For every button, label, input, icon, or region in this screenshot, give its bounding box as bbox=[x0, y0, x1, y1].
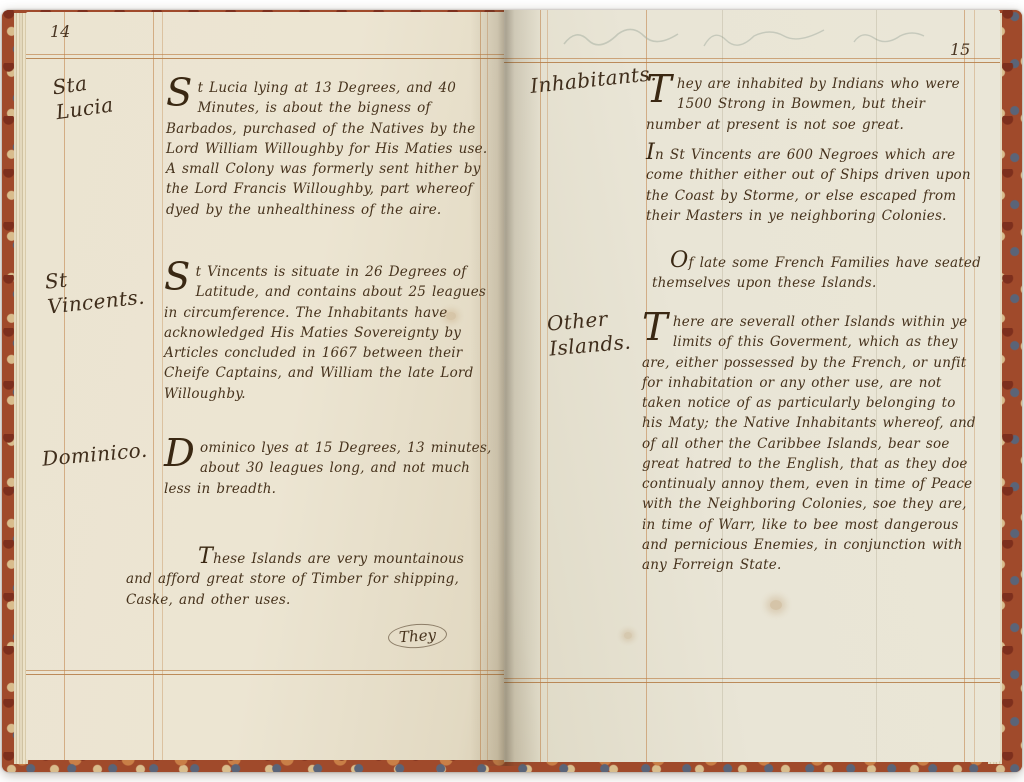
margin-heading-st-lucia: Sta Lucia bbox=[51, 65, 135, 125]
bleedthrough-ghost-writing bbox=[554, 16, 974, 56]
paragraph-inhabitants-2: In St Vincents are 600 Negroes which are… bbox=[646, 142, 978, 226]
margin-heading-dominico: Dominico. bbox=[41, 437, 153, 471]
margin-heading-other-islands: Other Islands. bbox=[546, 304, 634, 361]
manuscript-page-left: 14 Sta Lucia St Lucia lying at 13 Degree… bbox=[26, 12, 504, 760]
manuscript-photo: 14 Sta Lucia St Lucia lying at 13 Degree… bbox=[0, 0, 1024, 782]
page-number-right: 15 bbox=[950, 40, 970, 59]
paragraph-st-lucia: St Lucia lying at 13 Degrees, and 40 Min… bbox=[166, 78, 494, 220]
margin-heading-st-vincents: St Vincents. bbox=[44, 258, 159, 319]
paragraph-inhabitants-1: They are inhabited by Indians who were 1… bbox=[646, 74, 976, 135]
page-number-left: 14 bbox=[50, 22, 70, 41]
paragraph-dominico: Dominico lyes at 15 Degrees, 13 minutes,… bbox=[164, 438, 496, 499]
margin-heading-inhabitants: Inhabitants. bbox=[529, 62, 647, 99]
paragraph-inhabitants-3: Of late some French Families have seated… bbox=[652, 250, 982, 294]
foxing-stain bbox=[770, 600, 782, 610]
open-book: 14 Sta Lucia St Lucia lying at 13 Degree… bbox=[2, 10, 1022, 772]
paragraph-st-vincents: St Vincents is situate in 26 Degrees of … bbox=[164, 262, 496, 404]
manuscript-page-right: 15 Inhabitants. They are inhabited by In… bbox=[504, 10, 1000, 762]
catchword: They bbox=[387, 622, 448, 650]
paragraph-these-islands: These Islands are very mountainous and a… bbox=[126, 546, 488, 610]
paragraph-other-islands: There are severall other Islands within … bbox=[642, 312, 980, 575]
foxing-stain bbox=[624, 632, 632, 639]
